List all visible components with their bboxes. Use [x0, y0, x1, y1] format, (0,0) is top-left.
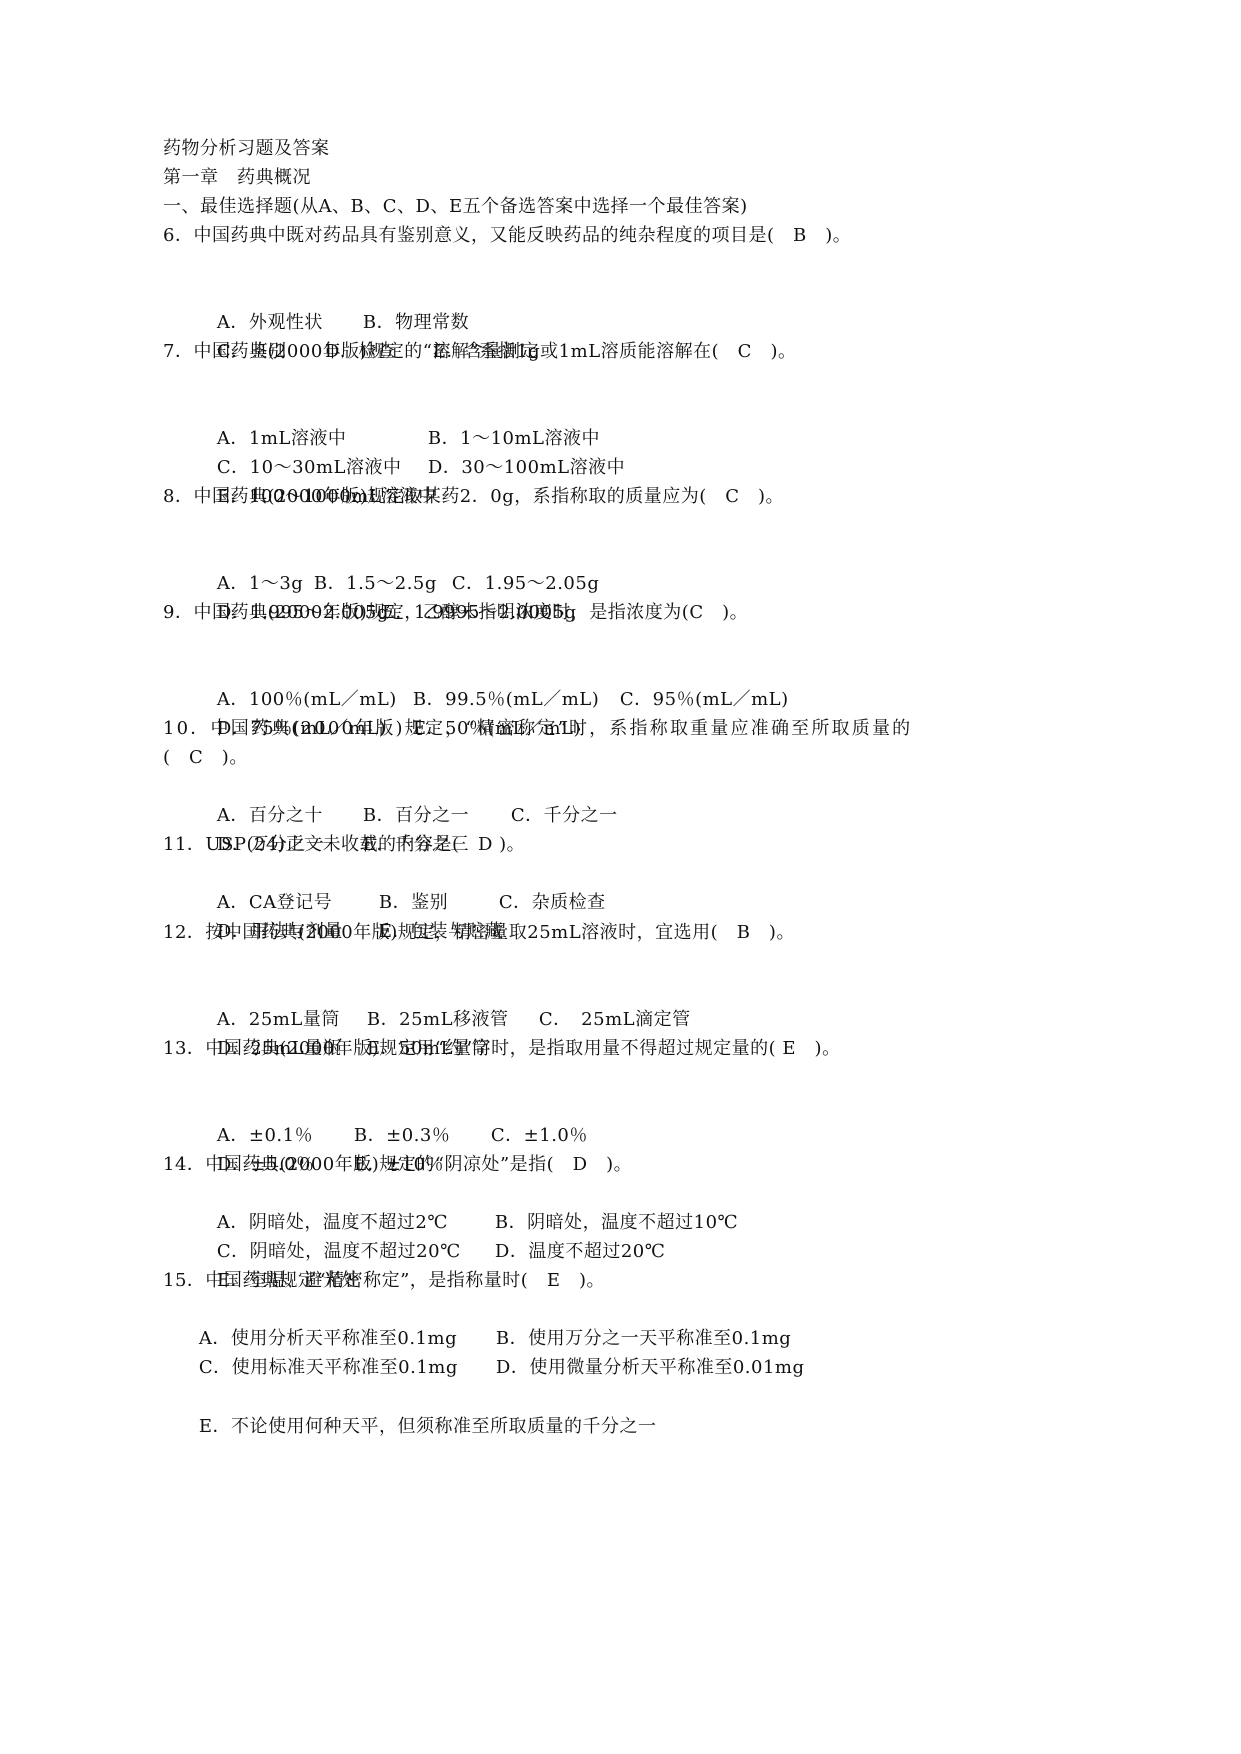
- question-13-options-row-2: D．±5.0％E．±10％: [192, 1121, 444, 1150]
- question-11-options-row-1: A．CA登记号B．鉴别C．杂质检查: [192, 859, 606, 888]
- question-10-stem: 10．中国药典(2000年版)规定，“精密称定”时，系指称取重量应准确至所取质量…: [163, 714, 912, 743]
- document-title: 药物分析习题及答案: [163, 134, 330, 163]
- question-14-options-row-3: E．室温、避光处: [192, 1237, 360, 1266]
- question-6-stem: 6．中国药典中既对药品具有鉴别意义，又能反映药品的纯杂程度的项目是( B )。: [163, 221, 851, 250]
- question-14-stem: 14．中国药典(2000年版)规定的“阴凉处”是指( D )。: [163, 1150, 632, 1179]
- question-8-stem: 8．中国药典(2000年版)规定取某药2．0g，系指称取的质量应为( C )。: [163, 482, 784, 511]
- question-14-options-row-1: A．阴暗处，温度不超过2℃B．阴暗处，温度不超过10℃: [192, 1179, 738, 1208]
- question-12-options-row-1: A．25mL量筒B．25mL移液管C． 25mL滴定管: [192, 976, 691, 1005]
- option-e: E．不论使用何种天平，但须称准至所取质量的千分之一: [199, 1412, 657, 1441]
- question-8-options-row-2: D．1.995～2.005gE．1.9995～2.0005g: [192, 569, 577, 598]
- question-7-options-row-3: E．100～1000mL溶液中: [192, 453, 437, 482]
- question-11-options-row-2: D．用法与剂量E．包装与贮藏: [192, 888, 504, 917]
- question-6-options-row-1: A．外观性状B．物理常数: [192, 279, 469, 308]
- question-14-options-row-2: C．阴暗处，温度不超过20℃D．温度不超过20℃: [192, 1208, 665, 1237]
- section-heading: 一、最佳选择题(从A、B、C、D、E五个备选答案中选择一个最佳答案): [163, 192, 748, 221]
- option-c: C．千分之一: [511, 801, 618, 830]
- option-c: C． 25mL滴定管: [539, 1005, 691, 1034]
- question-9-stem: 9．中国药典(2000年版)规定，乙醇未指明浓度时，是指浓度为(C )。: [163, 598, 748, 627]
- question-11-stem: 11．USP(24)正文未收载的内容是( D )。: [163, 830, 525, 859]
- question-7-options-row-2: C．10～30mL溶液中D．30～100mL溶液中: [192, 424, 625, 453]
- question-7-options-row-1: A．1mL溶液中B．1～10mL溶液中: [192, 395, 600, 424]
- question-6-options-row-2: C．鉴别D．检查E．含量测定: [192, 308, 539, 337]
- option-d: D．温度不超过20℃: [495, 1237, 665, 1266]
- option-c: C．95％(mL／mL): [620, 685, 789, 714]
- question-12-stem: 12．按中国药典(2000年版)规定，精密量取25mL溶液时，宜选用( B )。: [163, 918, 795, 947]
- question-15-options-row-1: A．使用分析天平称准至0.1mgB．使用万分之一天平称准至0.1mg: [174, 1295, 791, 1324]
- question-10-options-row-2: D．万分之一E．千分之三: [192, 801, 469, 830]
- option-c: C．使用标准天平称准至0.1mg: [199, 1353, 496, 1382]
- question-15-options-row-3: E．不论使用何种天平，但须称准至所取质量的千分之一: [174, 1383, 657, 1412]
- question-13-stem: 13．中国药典(2000年版)规定用“约”字时，是指取用量不得超过规定量的( E…: [163, 1034, 841, 1063]
- question-10-options-row-1: A．百分之十B．百分之一C．千分之一: [192, 772, 618, 801]
- option-d: D．使用微量分析天平称准至0.01mg: [496, 1353, 805, 1382]
- question-9-options-row-1: A．100％(mL／mL)B．99.5％(mL／mL)C．95％(mL／mL): [192, 656, 789, 685]
- chapter-heading: 第一章 药典概况: [163, 163, 311, 192]
- question-8-options-row-1: A．1～3gB．1.5～2.5gC．1.95～2.05g: [192, 540, 599, 569]
- question-9-options-row-2: D．75％(mL／mL)E．50％(mL／mL): [192, 685, 581, 714]
- question-13-options-row-1: A．±0.1％B．±0.3％C．±1.0％: [192, 1092, 588, 1121]
- question-15-stem: 15．中国药典规定“精密称定”，是指称量时( E )。: [163, 1266, 605, 1295]
- option-c: C．±1.0％: [491, 1121, 588, 1150]
- question-15-options-row-2: C．使用标准天平称准至0.1mgD．使用微量分析天平称准至0.01mg: [174, 1324, 805, 1353]
- question-7-stem: 7．中国药典(2000年版)规定的“溶解”系指1g或1mL溶质能溶解在( C )…: [163, 337, 796, 366]
- option-c: C．杂质检查: [499, 888, 606, 917]
- document-page: 药物分析习题及答案 第一章 药典概况 一、最佳选择题(从A、B、C、D、E五个备…: [0, 0, 1241, 1754]
- question-10-stem-continued: ( C )。: [163, 743, 248, 772]
- question-12-options-row-2: D．25mL量瓶E．50mL量筒: [192, 1005, 490, 1034]
- option-d: D．30～100mL溶液中: [428, 453, 625, 482]
